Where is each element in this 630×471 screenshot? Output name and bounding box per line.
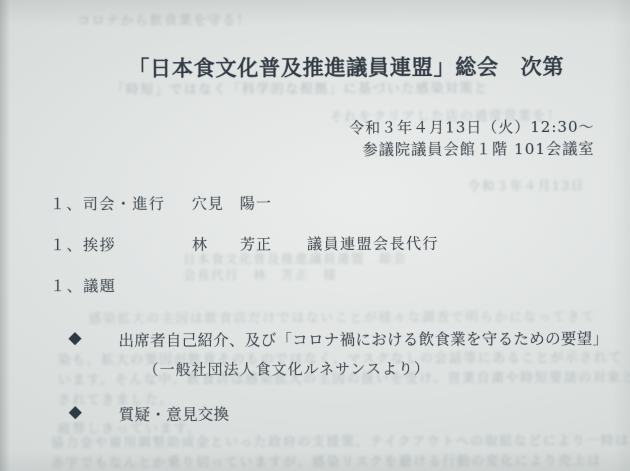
attendee-name: 穴見 陽一	[192, 192, 272, 213]
bleed-through-line: 赤字でもなんとか乗り切っていますが、感染リスクを避ける行動の変化により売上は	[51, 450, 602, 471]
diamond-bullet-icon: ◆	[69, 402, 82, 422]
page-title: 「日本食文化普及推進議員連盟」総会 次第	[128, 51, 564, 83]
bleed-through-line: コロナから飲食業を守る！	[77, 9, 251, 29]
document-photo: コロナから飲食業を守る！ 「時短」ではなく「科学的な根拠」に基づいた感染対策と …	[0, 0, 630, 471]
bleed-through-line: 感染拡大の主因は飲食店だけではないことが様々な調査で明らかになってきて	[88, 306, 596, 327]
agenda-bullet-subtext: （一般社団法人食文化ルネサンスより）	[144, 357, 430, 379]
row-label-text: 議題	[83, 277, 116, 295]
row-number: １、	[50, 195, 83, 213]
agenda-row-topics: １、議題	[0, 273, 630, 298]
event-venue: 参議院議員会館１階 101会議室	[363, 138, 595, 160]
attendee-role: 議員連盟会長代行	[307, 232, 439, 254]
row-label: １、司会・進行	[50, 193, 166, 215]
diamond-bullet-icon: ◆	[68, 328, 81, 348]
row-label: １、議題	[50, 275, 116, 296]
agenda-sheet: コロナから飲食業を守る！ 「時短」ではなく「科学的な根拠」に基づいた感染対策と …	[0, 0, 630, 471]
row-label-text: 挨拶	[83, 236, 116, 254]
agenda-bullet-qa: ◆ 質疑・意見交換	[1, 400, 630, 427]
agenda-bullet-intro: ◆ 出席者自己紹介、及び「コロナ禍における飲食業を守るための要望」	[0, 326, 630, 353]
row-number: １、	[50, 277, 83, 295]
row-label: １、挨拶	[50, 234, 116, 255]
event-datetime: 令和３年４月13日（火）12:30～	[349, 116, 594, 138]
agenda-row-emcee: １、司会・進行 穴見 陽一	[0, 191, 630, 216]
row-label-text: 司会・進行	[83, 195, 166, 213]
row-number: １、	[50, 236, 83, 254]
agenda-bullet-text: 出席者自己紹介、及び「コロナ禍における飲食業を守るための要望」	[118, 327, 608, 351]
agenda-row-greeting: １、挨拶 林 芳正 議員連盟会長代行	[0, 232, 630, 257]
agenda-bullet-text: 質疑・意見交換	[119, 402, 230, 424]
attendee-name: 林 芳正	[192, 233, 272, 254]
bleed-through-line: 協力金や雇用調整助成金といった政府の支援策、テイクアウトへの取組などにより一時は	[51, 430, 630, 452]
